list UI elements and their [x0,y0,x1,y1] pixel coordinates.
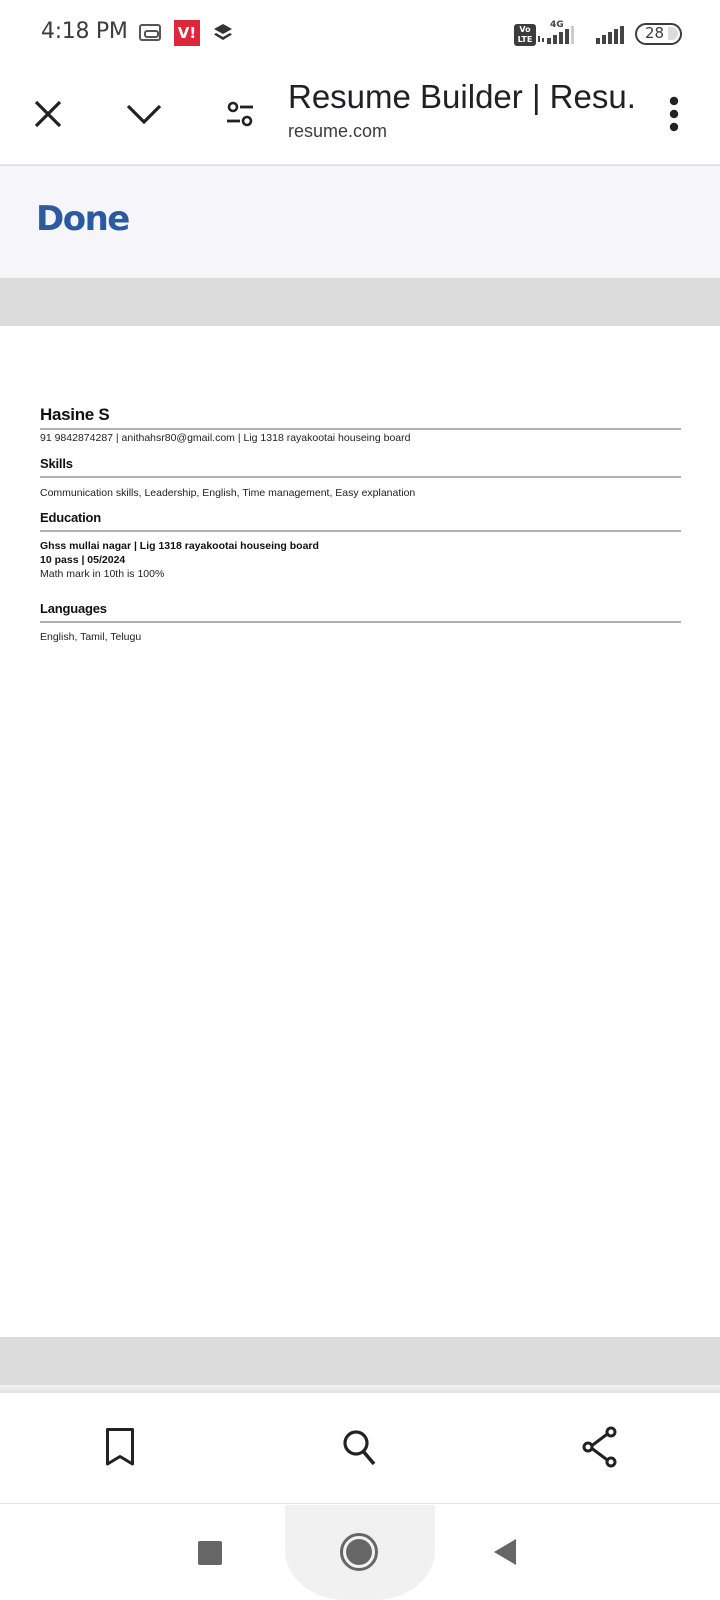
search-icon [340,1427,380,1467]
resume-name: Hasine S [40,405,681,428]
education-entry: Ghss mullai nagar | Lig 1318 rayakootai … [40,539,681,591]
education-school: Ghss mullai nagar | Lig 1318 rayakootai … [40,539,681,553]
section-title-skills: Skills [40,454,681,476]
page-url: resume.com [288,121,387,142]
education-note: Math mark in 10th is 100% [40,567,681,581]
close-icon [32,98,64,130]
custom-tab-toolbar: Resume Builder | Resu... resume.com [0,68,720,166]
education-degree: 10 pass | 05/2024 [40,553,681,567]
bookmark-button[interactable] [90,1417,150,1477]
back-icon[interactable] [494,1539,516,1565]
document-bottom-margin [0,1337,720,1385]
section-title-education: Education [40,508,681,530]
bottom-toolbar [0,1393,720,1504]
voicemail-icon [139,24,161,41]
chevron-down-icon [125,102,163,126]
resume-contact: 91 9842874287 | anithahsr80@gmail.com | … [40,432,681,454]
signal-4g-icon [536,26,576,46]
layers-icon [212,22,234,44]
divider [40,530,681,532]
page-settings-icon [224,98,256,130]
system-nav-bar [0,1505,720,1600]
done-button[interactable]: Done [36,199,129,239]
separator [0,1385,720,1393]
vi-app-icon: V! [174,20,200,46]
minimize-button[interactable] [116,86,172,142]
skills-text: Communication skills, Leadership, Englis… [40,486,681,508]
signal-icon [594,26,634,46]
bookmark-icon [105,1427,135,1467]
more-vert-icon [668,96,680,132]
volte-icon: VoLTE [514,24,536,46]
recents-icon[interactable] [198,1541,222,1565]
languages-text: English, Tamil, Telugu [40,630,681,644]
status-time: 4:18 PM [41,19,128,44]
home-icon[interactable] [340,1533,378,1571]
resume-preview: Hasine S 91 9842874287 | anithahsr80@gma… [0,326,720,1337]
more-options-button[interactable] [646,86,702,142]
divider [40,621,681,623]
page-title: Resume Builder | Resu... [288,78,638,116]
page-settings-button[interactable] [212,86,268,142]
divider [40,476,681,478]
done-bar: Done [0,166,720,278]
resume-content: Hasine S 91 9842874287 | anithahsr80@gma… [40,405,681,644]
find-in-page-button[interactable] [330,1417,390,1477]
divider [40,428,681,430]
battery-icon: 28 [635,23,682,45]
status-bar: 4:18 PM V! VoLTE 4G 28 [0,0,720,68]
section-title-languages: Languages [40,599,681,621]
close-button[interactable] [20,86,76,142]
share-icon [580,1426,620,1468]
document-top-margin [0,278,720,326]
share-button[interactable] [570,1417,630,1477]
